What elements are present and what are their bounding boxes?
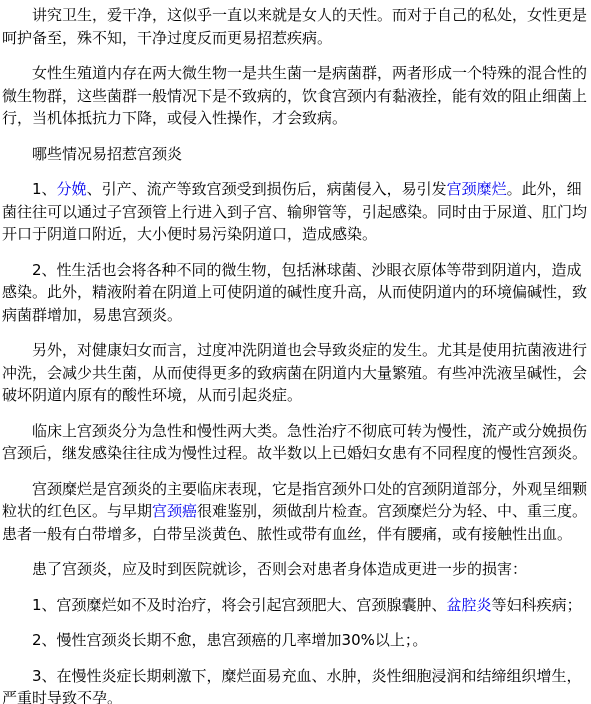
section-heading: 哪些情况易招惹宫颈炎 xyxy=(2,143,588,166)
cervical-erosion-link[interactable]: 宫颈糜烂 xyxy=(447,180,507,198)
text-segment: 女性生殖道内存在两大微生物一是共生菌一是病菌群，两者形成一个特殊的混合性的微生物… xyxy=(2,64,587,127)
clinical-types-paragraph: 临床上宫颈炎分为急性和慢性两大类。急性治疗不彻底可转为慢性，流产或分娩损伤宫颈后… xyxy=(2,420,588,465)
erosion-description-paragraph: 宫颈糜烂是宫颈炎的主要临床表现，它是指宫颈外口处的宫颈阴道部分，外观呈细颗粒状的… xyxy=(2,478,588,546)
text-segment: 、引产、流产等致宫颈受到损伤后，病菌侵入，易引发 xyxy=(87,180,447,198)
heading-text: 哪些情况易招惹宫颈炎 xyxy=(32,145,182,163)
text-segment: 等妇科疾病； xyxy=(492,596,582,614)
harm-item-1: 1、宫颈糜烂如不及时治疗，将会引起宫颈肥大、宫颈腺囊肿、盆腔炎等妇科疾病； xyxy=(2,594,588,617)
text-segment: 另外，对健康妇女而言，过度冲洗阴道也会导致炎症的发生。尤其是使用抗菌液进行冲洗，… xyxy=(2,341,587,404)
text-segment: 2、性生活也会将各种不同的微生物，包括淋球菌、沙眼衣原体等带到阴道内，造成感染。… xyxy=(2,261,587,324)
harm-intro-paragraph: 患了宫颈炎，应及时到医院就诊，否则会对患者身体造成更进一步的损害： xyxy=(2,558,588,581)
cause-item-2: 2、性生活也会将各种不同的微生物，包括淋球菌、沙眼衣原体等带到阴道内，造成感染。… xyxy=(2,259,588,327)
douching-paragraph: 另外，对健康妇女而言，过度冲洗阴道也会导致炎症的发生。尤其是使用抗菌液进行冲洗，… xyxy=(2,339,588,407)
article-page: 讲究卫生，爱干净，这似乎一直以来就是女人的天性。而对于自己的私处，女性更是呵护备… xyxy=(0,0,591,704)
text-segment: 2、慢性宫颈炎长期不愈，患宫颈癌的几率增加30%以上；。 xyxy=(32,631,427,649)
cervical-cancer-link[interactable]: 宫颈癌 xyxy=(152,502,197,520)
text-segment: 讲究卫生，爱干净，这似乎一直以来就是女人的天性。而对于自己的私处，女性更是呵护备… xyxy=(2,6,587,47)
text-segment: 1、宫颈糜烂如不及时治疗，将会引起宫颈肥大、宫颈腺囊肿、 xyxy=(32,596,447,614)
harm-item-3: 3、在慢性炎症长期刺激下，糜烂面易充血、水肿，炎性细胞浸润和结缔组织增生，严重时… xyxy=(2,665,588,704)
text-segment: 1、 xyxy=(32,180,57,198)
text-segment: 临床上宫颈炎分为急性和慢性两大类。急性治疗不彻底可转为慢性，流产或分娩损伤宫颈后… xyxy=(2,422,587,463)
text-segment: 患了宫颈炎，应及时到医院就诊，否则会对患者身体造成更进一步的损害： xyxy=(32,560,527,578)
pelvic-inflammation-link[interactable]: 盆腔炎 xyxy=(447,596,492,614)
cause-item-1: 1、分娩、引产、流产等致宫颈受到损伤后，病菌侵入，易引发宫颈糜烂。此外，细菌往往… xyxy=(2,178,588,246)
intro-paragraph: 讲究卫生，爱干净，这似乎一直以来就是女人的天性。而对于自己的私处，女性更是呵护备… xyxy=(2,4,588,49)
harm-item-2: 2、慢性宫颈炎长期不愈，患宫颈癌的几率增加30%以上；。 xyxy=(2,629,588,652)
microbiome-paragraph: 女性生殖道内存在两大微生物一是共生菌一是病菌群，两者形成一个特殊的混合性的微生物… xyxy=(2,62,588,130)
childbirth-link[interactable]: 分娩 xyxy=(57,180,87,198)
text-segment: 3、在慢性炎症长期刺激下，糜烂面易充血、水肿，炎性细胞浸润和结缔组织增生，严重时… xyxy=(2,667,582,704)
